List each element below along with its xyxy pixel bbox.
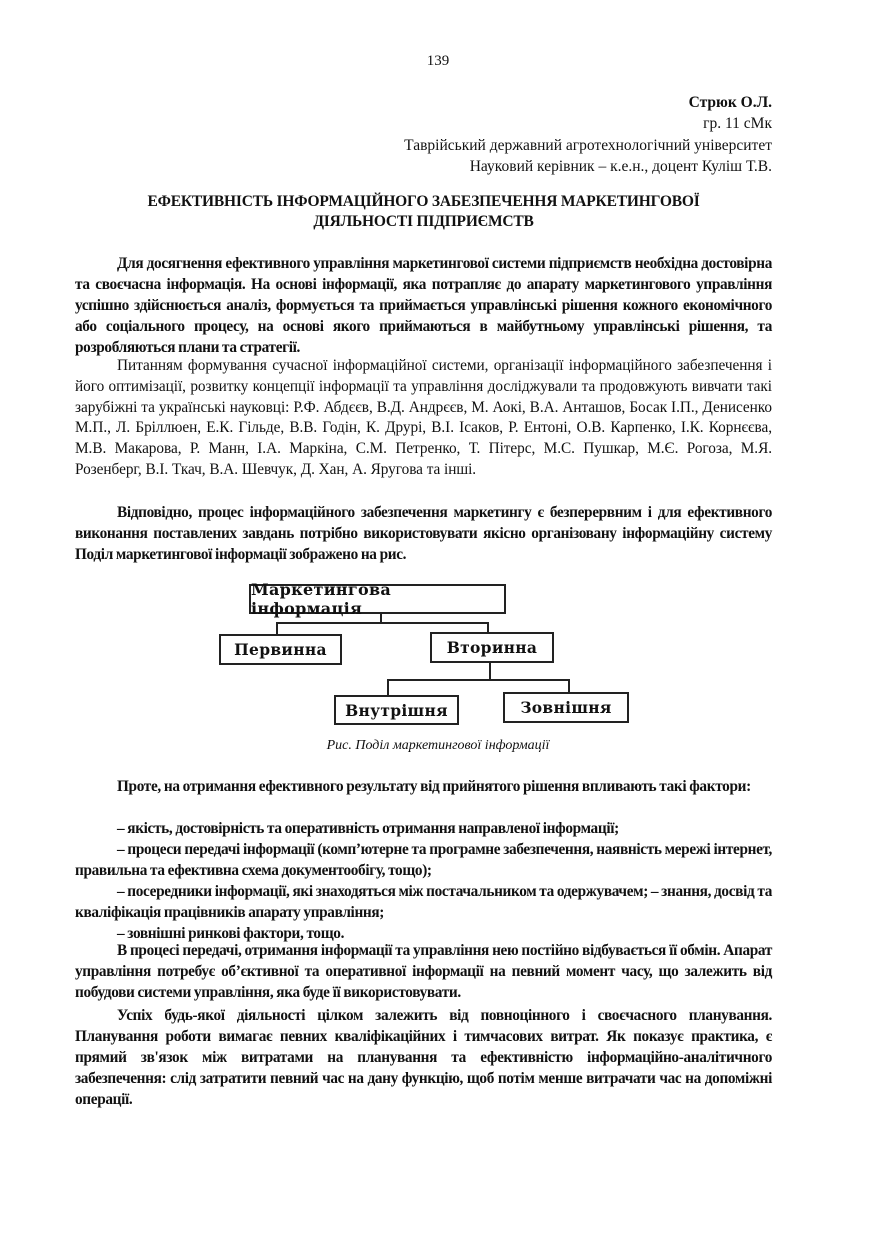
connector-level1-horizontal: [276, 622, 489, 624]
connector-secondary-drop: [487, 622, 489, 632]
paper-title: ЕФЕКТИВНІСТЬ ІНФОРМАЦІЙНОГО ЗАБЕЗПЕЧЕННЯ…: [75, 192, 772, 232]
author-university: Таврійський державний агротехнологічний …: [404, 135, 772, 156]
title-line-2: ДІЯЛЬНОСТІ ПІДПРИЄМСТВ: [75, 212, 772, 232]
diagram-node-primary: Первинна: [219, 634, 342, 665]
author-block: Стрюк О.Л. гр. 11 сМк Таврійський держав…: [404, 92, 772, 177]
author-group: гр. 11 сМк: [404, 113, 772, 134]
author-supervisor: Науковий керівник – к.е.н., доцент Куліш…: [404, 156, 772, 177]
connector-secondary-stem: [489, 662, 491, 681]
diagram-node-internal: Внутрішня: [334, 695, 459, 725]
paragraph-factors-intro: Проте, на отримання ефективного результа…: [75, 776, 772, 797]
author-name: Стрюк О.Л.: [404, 92, 772, 113]
factor-item: – процеси передачі інформації (комп’ютер…: [75, 839, 772, 881]
paragraph-exchange: В процесі передачі, отримання інформації…: [75, 940, 772, 1003]
diagram-node-secondary: Вторинна: [430, 632, 554, 663]
figure-caption: Рис. Поділ маркетингової інформації: [0, 738, 876, 754]
page-number: 139: [0, 53, 876, 70]
factor-item: – посередники інформації, які знаходятьс…: [75, 881, 772, 923]
connector-external-drop: [568, 679, 570, 692]
paragraph-process: Відповідно, процес інформаційного забезп…: [75, 502, 772, 565]
diagram-node-external: Зовнішня: [503, 692, 629, 723]
connector-internal-drop: [387, 679, 389, 695]
connector-primary-drop: [276, 622, 278, 634]
factor-item: – якість, достовірність та оперативність…: [75, 818, 772, 839]
paragraph-researchers: Питанням формування сучасної інформаційн…: [75, 356, 772, 481]
paragraph-planning: Успіх будь-якої діяльності цілком залежи…: [75, 1005, 772, 1110]
connector-level2-horizontal: [387, 679, 570, 681]
paragraph-intro: Для досягнення ефективного управління ма…: [75, 253, 772, 358]
diagram-node-marketing-information: Маркетингова інформація: [249, 584, 506, 614]
title-line-1: ЕФЕКТИВНІСТЬ ІНФОРМАЦІЙНОГО ЗАБЕЗПЕЧЕННЯ…: [75, 192, 772, 212]
